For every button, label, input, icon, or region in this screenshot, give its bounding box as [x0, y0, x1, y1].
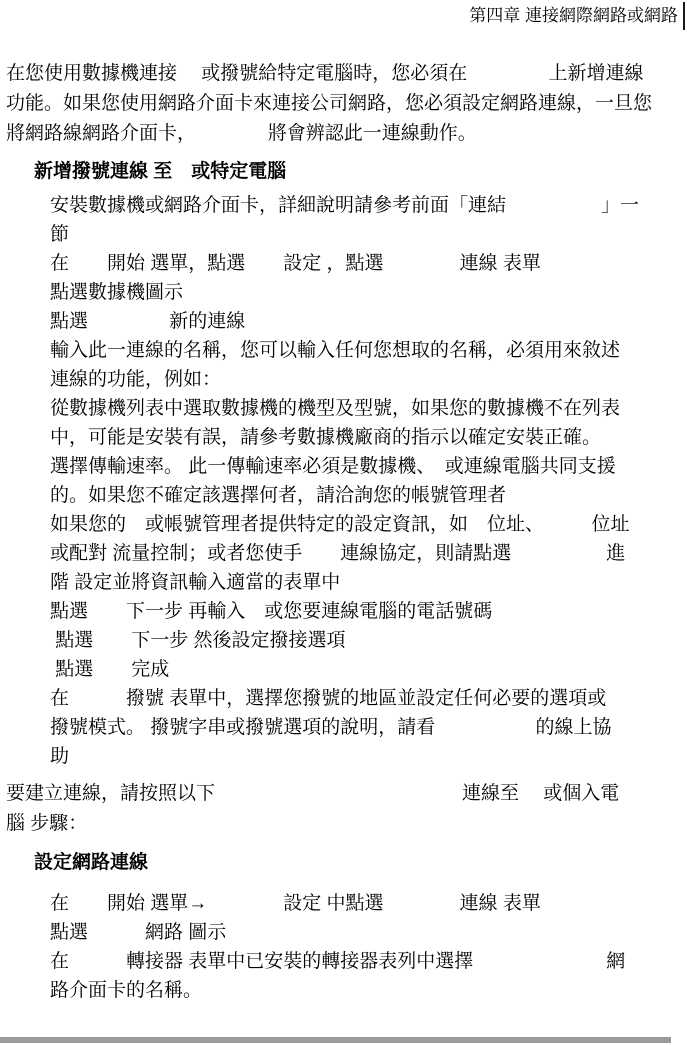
bridge-paragraph: 要建立連線，請按照以下 連線至 或個入電 腦 步驟：	[6, 779, 619, 839]
step-item: 在 開始 選單，點選 設定 ，點選 連線 表單	[50, 249, 639, 278]
step-item: 在 撥號 表單中，選擇您撥號的地區並設定任何必要的選項或 撥號模式。 撥號字串或…	[50, 684, 639, 771]
step-item: 選擇傳輸速率。 此一傳輸速率必須是數據機、 或連線電腦共同支援 的。如果您不確定…	[50, 452, 639, 510]
step-item: 安裝數據機或網路介面卡，詳細說明請參考前面「連結 」一 節	[50, 191, 639, 249]
step-item: 在 開始 選單→ 設定 中點選 連線 表單	[50, 889, 625, 918]
step-item: 點選 下一步 再輸入 或您要連線電腦的電話號碼	[50, 597, 639, 626]
step-item: 點選 新的連線	[50, 307, 639, 336]
intro-paragraph: 在您使用數據機連接 或撥號給特定電腦時，您必須在 上新增連線 功能。如果您使用網…	[6, 59, 652, 149]
step-item: 點選 網路 圖示	[50, 918, 625, 947]
chapter-title: 第四章 連接網際網路或網路	[469, 2, 678, 29]
page-header: 第四章 連接網際網路或網路	[469, 2, 685, 30]
header-vertical-rule	[683, 2, 685, 30]
step-item: 點選數據機圖示	[50, 278, 639, 307]
footer-rule	[0, 1037, 671, 1043]
step-item: 如果您的 或帳號管理者提供特定的設定資訊，如 位址、 位址 或配對 流量控制；或…	[50, 510, 639, 597]
section2-steps: 在 開始 選單→ 設定 中點選 連線 表單 點選 網路 圖示 在 轉接器 表單中…	[50, 889, 625, 1005]
section1-steps: 安裝數據機或網路介面卡，詳細說明請參考前面「連結 」一 節 在 開始 選單，點選…	[50, 191, 639, 771]
section2-heading: 設定網路連線	[34, 851, 148, 875]
step-item: 從數據機列表中選取數據機的機型及型號，如果您的數據機不在列表 中，可能是安裝有誤…	[50, 394, 639, 452]
section1-heading: 新增撥號連線 至 或特定電腦	[34, 160, 286, 184]
step-item: 在 轉接器 表單中已安裝的轉接器表列中選擇 網 路介面卡的名稱。	[50, 947, 625, 1005]
step-item: 點選 下一步 然後設定撥接選項	[50, 626, 639, 655]
step-item: 點選 完成	[50, 655, 639, 684]
step-item: 輸入此一連線的名稱，您可以輸入任何您想取的名稱，必須用來敘述 連線的功能，例如：	[50, 336, 639, 394]
